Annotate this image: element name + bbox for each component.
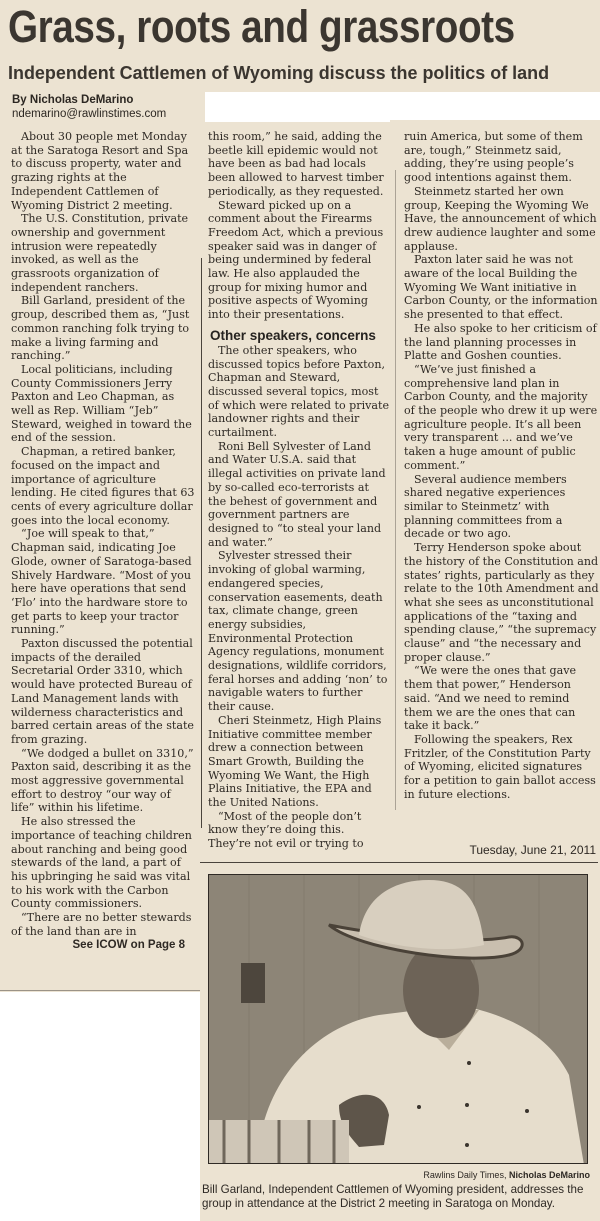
paragraph: Paxton discussed the potential impacts o… [11, 637, 197, 747]
paragraph: Paxton later said he was not aware of th… [404, 253, 600, 322]
paragraph: “Most of the people don’t know they’re d… [208, 810, 390, 851]
paragraph: “We dodged a bullet on 3310,” Paxton sai… [11, 747, 197, 816]
paragraph: Roni Bell Sylvester of Land and Water U.… [208, 440, 390, 550]
byline-email: ndemarino@rawlinstimes.com [12, 108, 166, 120]
article-column-3: ruin America, but some of them are, toug… [404, 130, 600, 801]
paragraph: Steinmetz started her own group, Keeping… [404, 185, 600, 254]
photo [208, 874, 588, 1164]
photo-credit: Rawlins Daily Times, Nicholas DeMarino [200, 1170, 590, 1180]
paragraph: The other speakers, who discussed topics… [208, 344, 390, 440]
article-column-1: About 30 people met Monday at the Sarato… [11, 130, 197, 953]
paragraph: The U.S. Constitution, private ownership… [11, 212, 197, 294]
jump-line: See ICOW on Page 8 [11, 939, 185, 953]
paragraph: this room,” he said, adding the beetle k… [208, 130, 390, 199]
paragraph: “Joe will speak to that,” Chapman said, … [11, 527, 197, 637]
dateline-rule [200, 862, 598, 863]
column-divider [395, 170, 396, 810]
paragraph: “We’ve just finished a comprehensive lan… [404, 363, 600, 473]
paragraph: “There are no better stewards of the lan… [11, 911, 197, 938]
section-subhead: Other speakers, concerns [210, 328, 390, 344]
photo-illustration [209, 875, 588, 1164]
paragraph: Several audience members shared negative… [404, 473, 600, 542]
photo-credit-outlet: Rawlins Daily Times, [423, 1170, 506, 1180]
paragraph: “We were the ones that gave them that po… [404, 664, 600, 733]
column-divider [201, 258, 202, 828]
paragraph: He also spoke to her criticism of the la… [404, 322, 600, 363]
photo-caption: Bill Garland, Independent Cattlemen of W… [202, 1183, 600, 1211]
paragraph: Steward picked up on a comment about the… [208, 199, 390, 322]
headline: Grass, roots and grassroots [8, 2, 517, 52]
byline-author: By Nicholas DeMarino [12, 94, 133, 106]
photo-credit-photographer: Nicholas DeMarino [509, 1170, 590, 1180]
subheadline: Independent Cattlemen of Wyoming discuss… [8, 62, 549, 84]
paragraph: Chapman, a retired banker, focused on th… [11, 445, 197, 527]
paragraph: Sylvester stressed their invoking of glo… [208, 549, 390, 713]
paragraph: Terry Henderson spoke about the history … [404, 541, 600, 664]
paragraph: About 30 people met Monday at the Sarato… [11, 130, 197, 212]
dateline: Tuesday, June 21, 2011 [400, 843, 596, 857]
paragraph: Bill Garland, president of the group, de… [11, 294, 197, 363]
paragraph: Local politicians, including County Comm… [11, 363, 197, 445]
paragraph: Following the speakers, Rex Fritzler, of… [404, 733, 600, 802]
article-column-2: this room,” he said, adding the beetle k… [208, 130, 390, 851]
column-bottom-rule [0, 990, 200, 991]
paragraph: Cheri Steinmetz, High Plains Initiative … [208, 714, 390, 810]
paragraph: ruin America, but some of them are, toug… [404, 130, 600, 185]
paragraph: He also stressed the importance of teach… [11, 815, 197, 911]
